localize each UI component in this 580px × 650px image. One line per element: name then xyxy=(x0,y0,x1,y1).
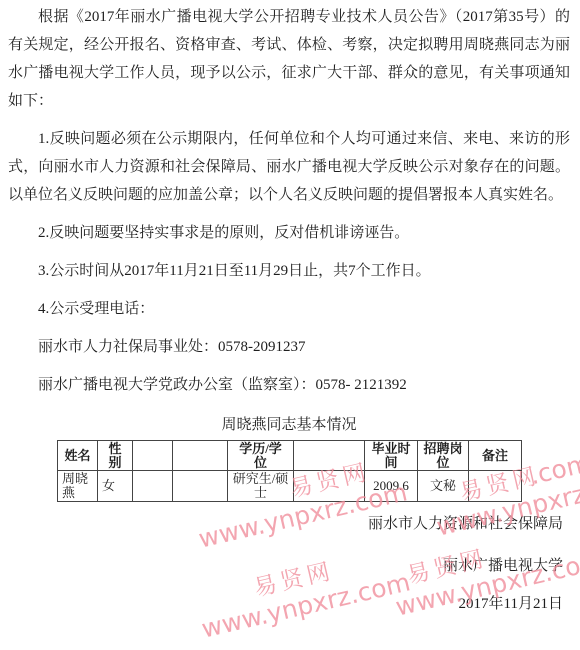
paragraph-phone-2: 丽水广播电视大学党政办公室（监察室）：0578- 2121392 xyxy=(8,371,570,399)
header-gender: 性别 xyxy=(98,441,133,471)
paragraph-phone-1: 丽水市人力社保局事业处：0578-2091237 xyxy=(8,333,570,361)
paragraph-item-3: 3.公示时间从2017年11月21日至11月29日止，共7个工作日。 xyxy=(8,257,570,285)
cell-graduation-time: 2009.6 xyxy=(365,471,418,502)
signature-org-2: 丽水广播电视大学 xyxy=(8,552,570,580)
header-blank-2 xyxy=(173,441,228,471)
document-page: 根据《2017年丽水广播电视大学公开招聘专业技术人员公告》（2017第35号）的… xyxy=(0,0,580,650)
header-remark: 备注 xyxy=(469,441,522,471)
signature-org-1: 丽水市人力资源和社会保障局 xyxy=(8,510,570,538)
cell-name: 周晓燕 xyxy=(58,471,98,502)
paragraph-item-4: 4.公示受理电话： xyxy=(8,295,570,323)
cell-education: 研究生/硕士 xyxy=(228,471,294,502)
header-name: 姓名 xyxy=(58,441,98,471)
announcement-body: 根据《2017年丽水广播电视大学公开招聘专业技术人员公告》（2017第35号）的… xyxy=(0,0,580,618)
header-blank-1 xyxy=(133,441,173,471)
paragraph-item-1: 1.反映问题必须在公示期限内，任何单位和个人均可通过来信、来电、来访的形式，向丽… xyxy=(8,125,570,209)
table-header-row: 姓名 性别 学历/学位 毕业时间 招聘岗位 备注 xyxy=(58,441,522,471)
paragraph-item-2: 2.反映问题要坚持实事求是的原则，反对借机诽谤诬告。 xyxy=(8,219,570,247)
basic-info-table: 姓名 性别 学历/学位 毕业时间 招聘岗位 备注 周晓燕 女 研究生/硕士 20… xyxy=(57,440,522,502)
table-title: 周晓燕同志基本情况 xyxy=(8,411,570,439)
cell-blank-1 xyxy=(133,471,173,502)
cell-blank-2 xyxy=(173,471,228,502)
cell-position: 文秘 xyxy=(418,471,469,502)
signature-date: 2017年11月21日 xyxy=(8,590,570,618)
cell-gender: 女 xyxy=(98,471,133,502)
header-blank-3 xyxy=(294,441,365,471)
paragraph-intro: 根据《2017年丽水广播电视大学公开招聘专业技术人员公告》（2017第35号）的… xyxy=(8,3,570,115)
table-row: 周晓燕 女 研究生/硕士 2009.6 文秘 xyxy=(58,471,522,502)
header-graduation-time: 毕业时间 xyxy=(365,441,418,471)
header-education: 学历/学位 xyxy=(228,441,294,471)
cell-remark xyxy=(469,471,522,502)
cell-blank-3 xyxy=(294,471,365,502)
header-position: 招聘岗位 xyxy=(418,441,469,471)
